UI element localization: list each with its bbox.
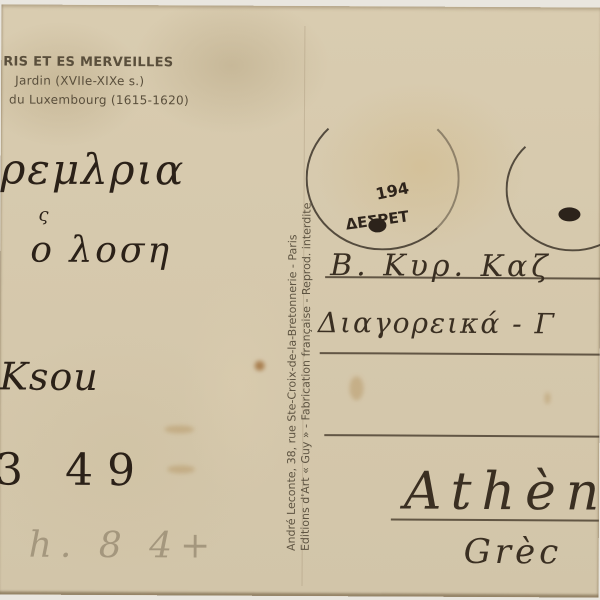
- stain-spot: [544, 392, 550, 404]
- address-country: Grèc: [464, 532, 563, 573]
- address-line2: Διαγορεικά - Γ: [318, 306, 556, 340]
- handwritten-message-line2: ς: [38, 205, 48, 226]
- handwritten-faint-note: h. 8 4+: [29, 525, 219, 567]
- address-line1: Β. Κυρ. Καζ: [330, 248, 552, 284]
- stain-spot: [164, 425, 194, 433]
- postmark-ink-blot: [368, 218, 386, 232]
- handwritten-message-line3: ο λοση: [30, 230, 172, 272]
- address-rule-3: [324, 434, 599, 437]
- printer-imprint-line1: André Leconte, 38, rue Ste-Croix-de-la-B…: [285, 234, 300, 551]
- stain-spot: [255, 361, 265, 371]
- postmark-ink-blot: [558, 207, 580, 221]
- printed-series-title: RIS ET ES MERVEILLES: [3, 54, 173, 70]
- handwritten-date: 3 49: [0, 444, 149, 496]
- postmark-circle-partial: [505, 127, 600, 252]
- stain-spot: [167, 465, 195, 473]
- printer-imprint-line2: Editions d'Art « Guy » - Fabrication fra…: [299, 203, 314, 551]
- address-city: Athèn: [404, 462, 600, 523]
- handwritten-message-line4: Ksou: [0, 354, 99, 399]
- postcard-back: RIS ET ES MERVEILLES Jardin (XVIIe-XIXe …: [0, 4, 600, 597]
- stain-spot: [349, 376, 363, 400]
- printed-location: du Luxembourg (1615-1620): [9, 92, 189, 107]
- address-rule-2: [320, 352, 600, 355]
- handwritten-message-line1: ρεμλρια: [1, 144, 186, 194]
- printed-subtitle: Jardin (XVIIe-XIXe s.): [15, 74, 144, 89]
